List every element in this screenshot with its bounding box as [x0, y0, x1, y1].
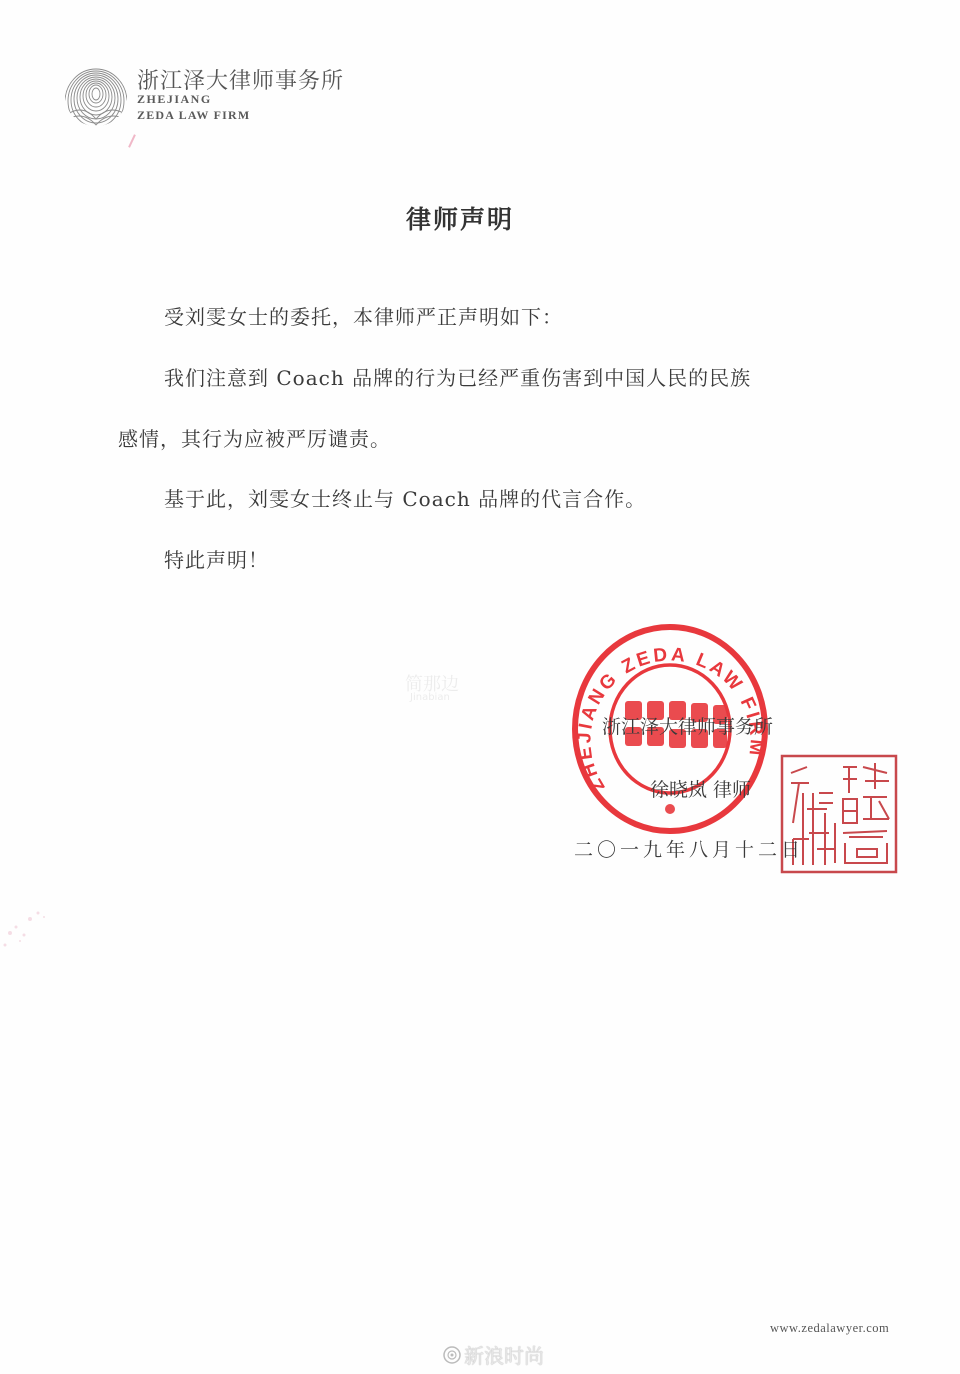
signature-lawyer: 徐晓岚 律师 [650, 775, 751, 802]
paragraph-intro: 受刘雯女士的委托，本律师严正声明如下： [164, 301, 563, 330]
paragraph-termination: 基于此，刘雯女士终止与 Coach 品牌的代言合作。 [164, 483, 646, 512]
ink-smudge [0, 905, 60, 955]
ink-mark [128, 134, 136, 148]
firm-name-cn: 浙江泽大律师事务所 [137, 64, 344, 95]
paragraph-closing: 特此声明！ [164, 544, 269, 573]
firm-website: www.zedalawyer.com [770, 1321, 889, 1336]
signature-date: 二〇一九年八月十二日 [574, 835, 804, 862]
watermark-sina-fashion: 新浪时尚 [442, 1340, 544, 1369]
weibo-icon [442, 1345, 462, 1365]
fingerprint-icon [63, 64, 129, 128]
paragraph-statement-line2: 感情，其行为应被严厉谴责。 [118, 423, 391, 452]
paragraph-statement-line1: 我们注意到 Coach 品牌的行为已经严重伤害到中国人民的民族 [164, 362, 751, 391]
firm-name-en-line1: ZHEJIANG [137, 92, 212, 107]
document-title: 律师声明 [0, 200, 920, 236]
signature-firm: 浙江泽大律师事务所 [602, 712, 773, 739]
firm-name-en-line2: ZEDA LAW FIRM [137, 108, 250, 123]
watermark-sina-fashion-text: 新浪时尚 [464, 1340, 544, 1369]
watermark-jinabian-en: Jinabian [410, 692, 450, 703]
document-page: 浙江泽大律师事务所 ZHEJIANG ZEDA LAW FIRM 律师声明 受刘… [0, 0, 960, 1374]
